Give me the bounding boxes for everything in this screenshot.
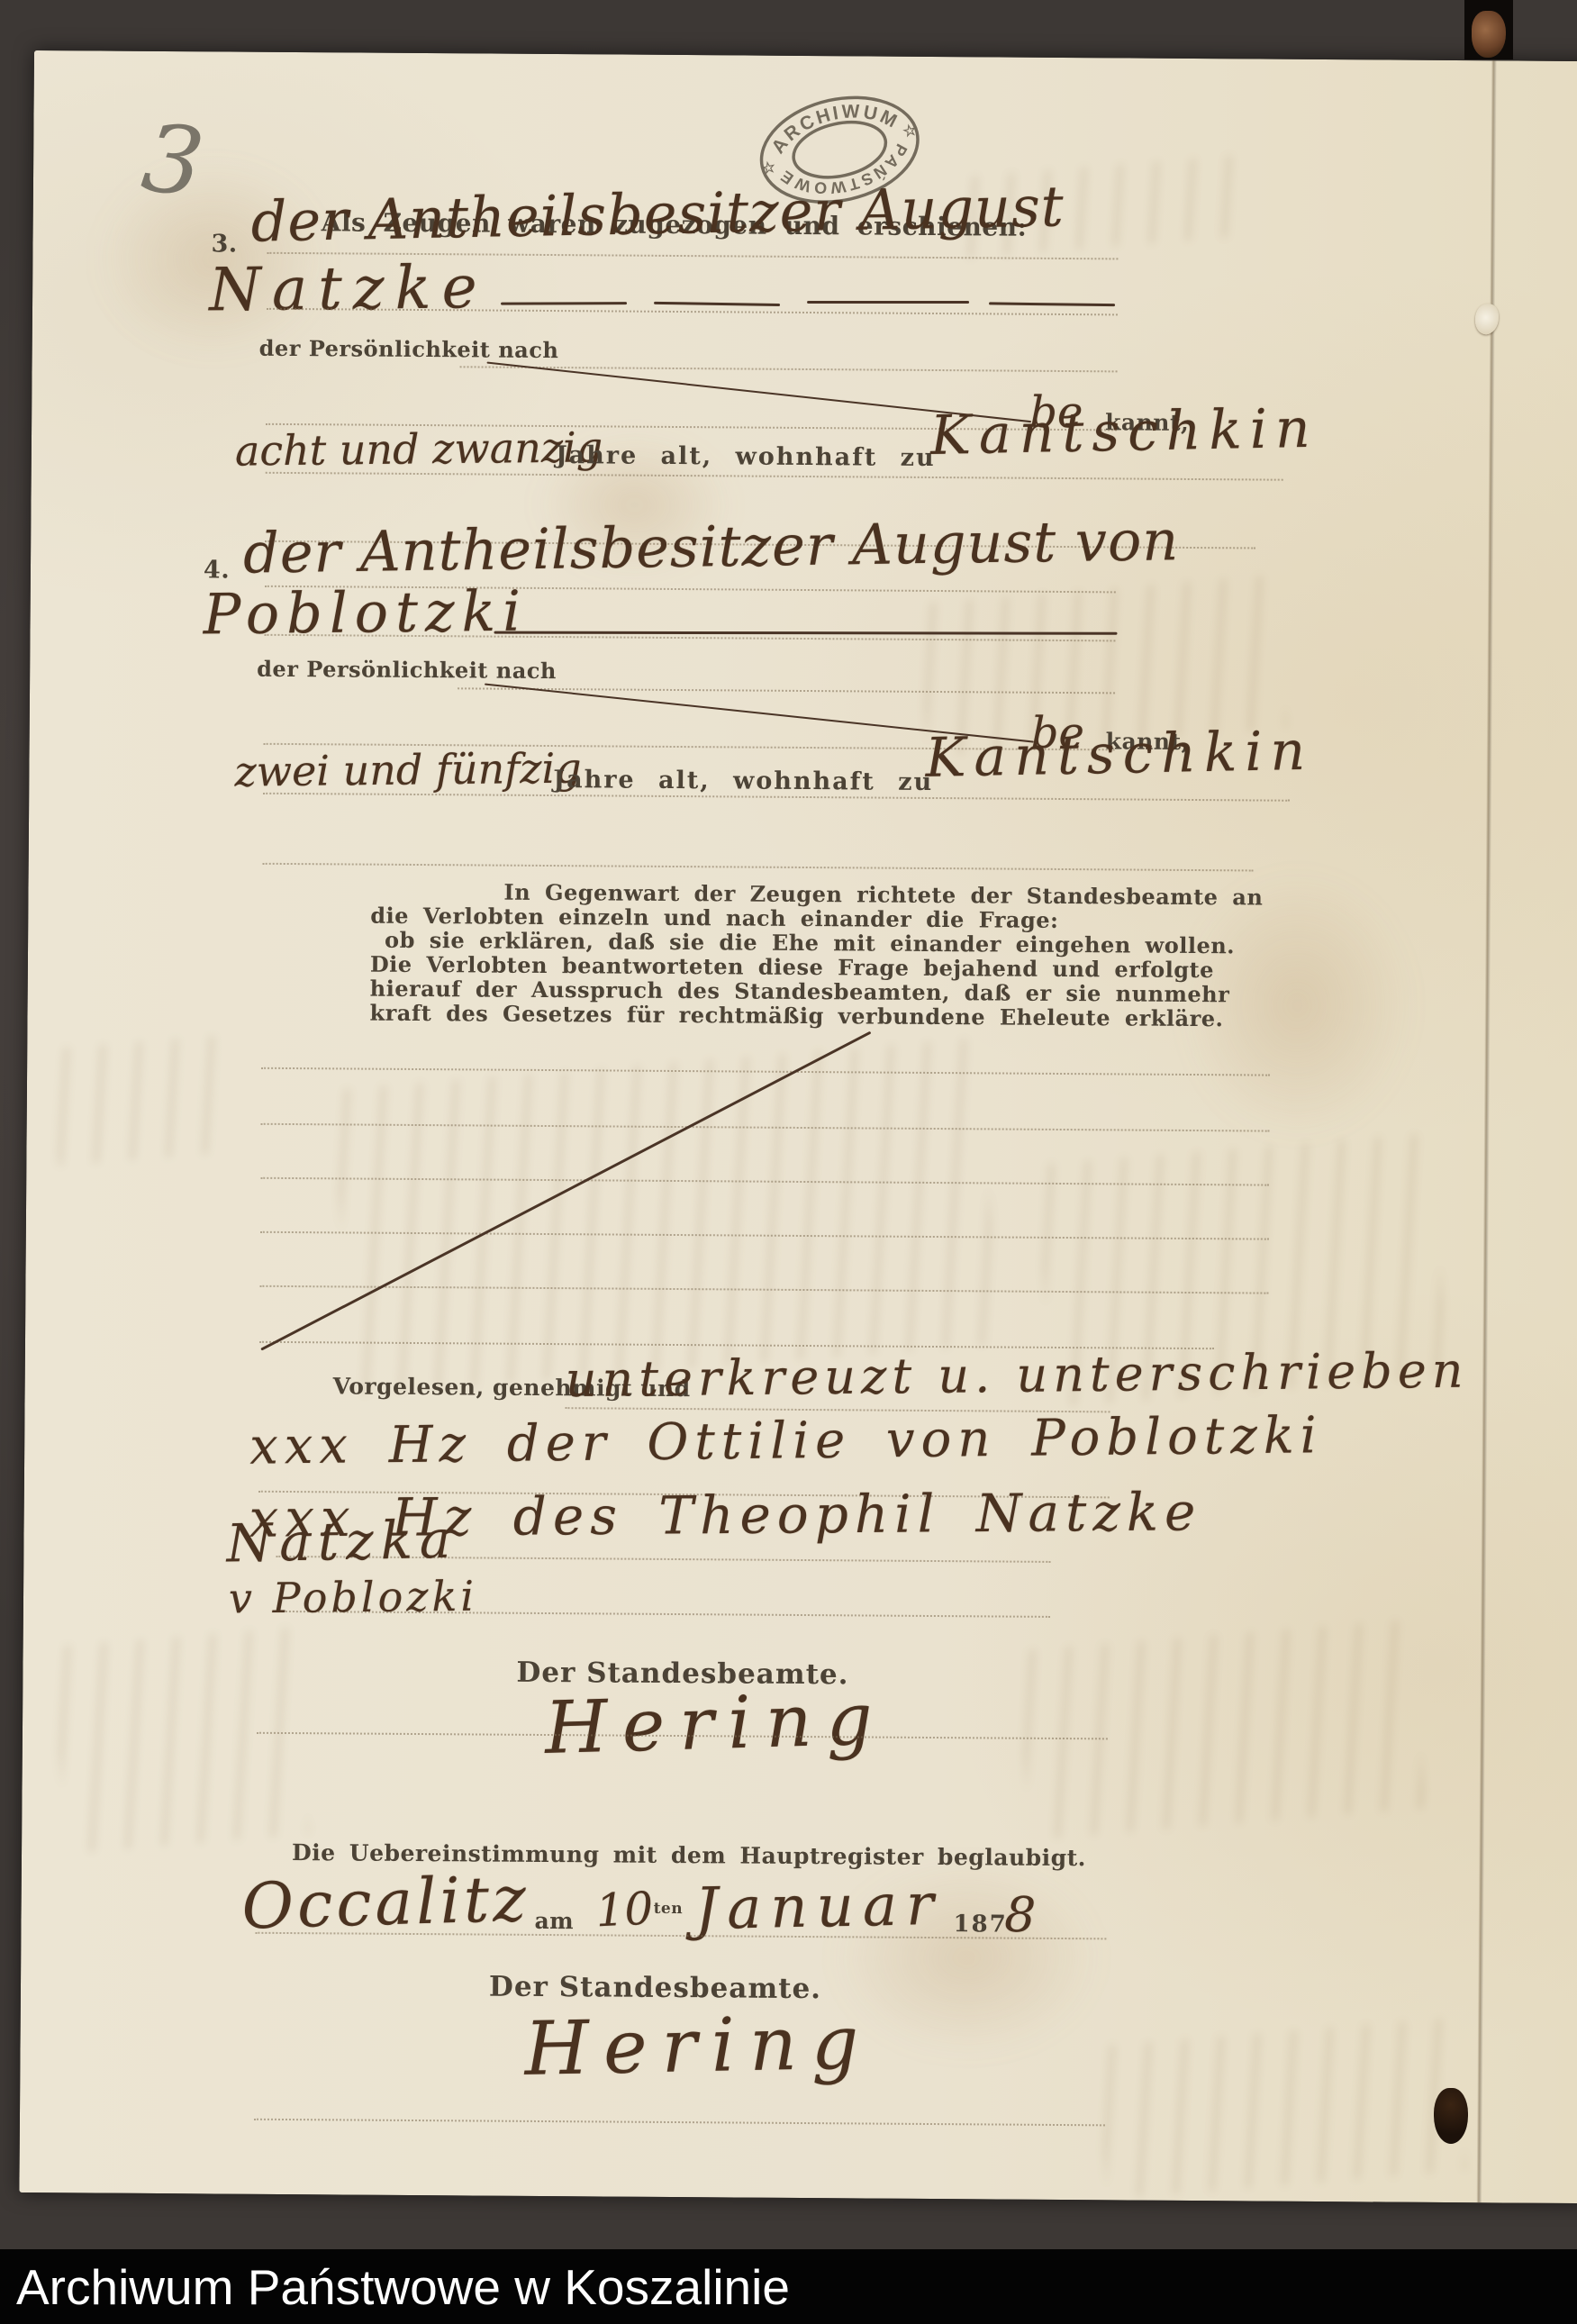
pen-line xyxy=(494,631,1117,635)
bleed-through xyxy=(1095,2018,1466,2200)
witness4-residence-handwriting: Kantschkin xyxy=(925,720,1314,790)
pen-dash xyxy=(989,302,1115,306)
witness3-number: 3. xyxy=(211,230,237,258)
archive-caption-text: Archiwum Państwowe w Koszalinie xyxy=(16,2249,790,2324)
registrar-signature-1: Hering xyxy=(544,1676,888,1770)
ruled-line xyxy=(254,2119,1105,2127)
bleed-through xyxy=(50,1628,310,1854)
binding-tape xyxy=(1464,0,1513,59)
pen-dash xyxy=(654,302,780,306)
witness4-intro-handwriting: der Antheilsbesitzer August von xyxy=(243,507,1180,586)
paper: 3 ARCHIWUM PAŃSTWOWE ☆ ☆ Als Zeugen ware… xyxy=(19,50,1577,2203)
witness3-age-handwriting: acht und zwanzig xyxy=(235,422,603,475)
witness4-number: 4. xyxy=(204,556,230,584)
registrar-signature-2: Hering xyxy=(524,2000,875,2092)
crease-bottom-notch xyxy=(1434,2088,1468,2144)
signature-handwriting-poblozki: v Poblozki xyxy=(229,1572,478,1623)
binding-crease xyxy=(1476,60,1497,2202)
certification-year-digit-handwriting: 8 xyxy=(1003,1886,1037,1944)
declaration-line: kraft des Gesetzes für rechtmäßig verbun… xyxy=(369,1001,1072,1030)
witness4-jahre-label: Jahre alt, wohnhaft zu xyxy=(553,766,933,796)
pen-dash xyxy=(501,302,627,304)
signature-handwriting-natzka: Natzka xyxy=(226,1509,458,1575)
witness3-name-handwriting: Natzke xyxy=(209,252,488,324)
vorgelesen-handwriting: unterkreuzt u. unterschrieben xyxy=(565,1342,1468,1408)
declaration-paragraph: In Gegenwart der Zeugen richtete der Sta… xyxy=(369,879,1073,1030)
witness3-persoenlichkeit-label: der Persönlichkeit nach xyxy=(259,335,559,363)
certification-am-label: am xyxy=(534,1908,574,1934)
standesbeamte-label-2: Der Standesbeamte. xyxy=(489,1971,821,2006)
witness3-intro-handwriting: der Antheilsbesitzer August xyxy=(250,173,1065,254)
paper-damage-hole xyxy=(1475,304,1499,334)
bleed-through xyxy=(50,1035,230,1166)
witness3-jahre-label: Jahre alt, wohnhaft zu xyxy=(556,441,936,472)
bleed-through xyxy=(1015,1620,1425,1840)
certification-month-handwriting: Januar xyxy=(694,1872,943,1943)
certification-year-printed: 187 xyxy=(953,1911,1007,1938)
witness3-residence-handwriting: Kantschkin xyxy=(929,397,1319,468)
pen-dash xyxy=(807,301,969,304)
witness4-age-handwriting: zwei und fünfzig xyxy=(234,744,582,796)
signature-handwriting-ottilie: xxx Hz der Ottilie von Poblotzki xyxy=(249,1406,1323,1475)
scanned-registry-page: 3 ARCHIWUM PAŃSTWOWE ☆ ☆ Als Zeugen ware… xyxy=(0,0,1577,2324)
witness4-persoenlichkeit-label: der Persönlichkeit nach xyxy=(257,656,557,684)
stamp-star-right: ☆ xyxy=(902,121,921,141)
certification-day-handwriting: 10 xyxy=(594,1883,654,1938)
ruled-line xyxy=(263,863,1254,872)
archive-caption-bar: Archiwum Państwowe w Koszalinie xyxy=(0,2249,1577,2324)
certification-ten-label: ten xyxy=(654,1900,684,1918)
stamp-star-left: ☆ xyxy=(760,158,780,178)
ruled-line xyxy=(266,472,1283,481)
binding-leather xyxy=(1472,11,1506,58)
